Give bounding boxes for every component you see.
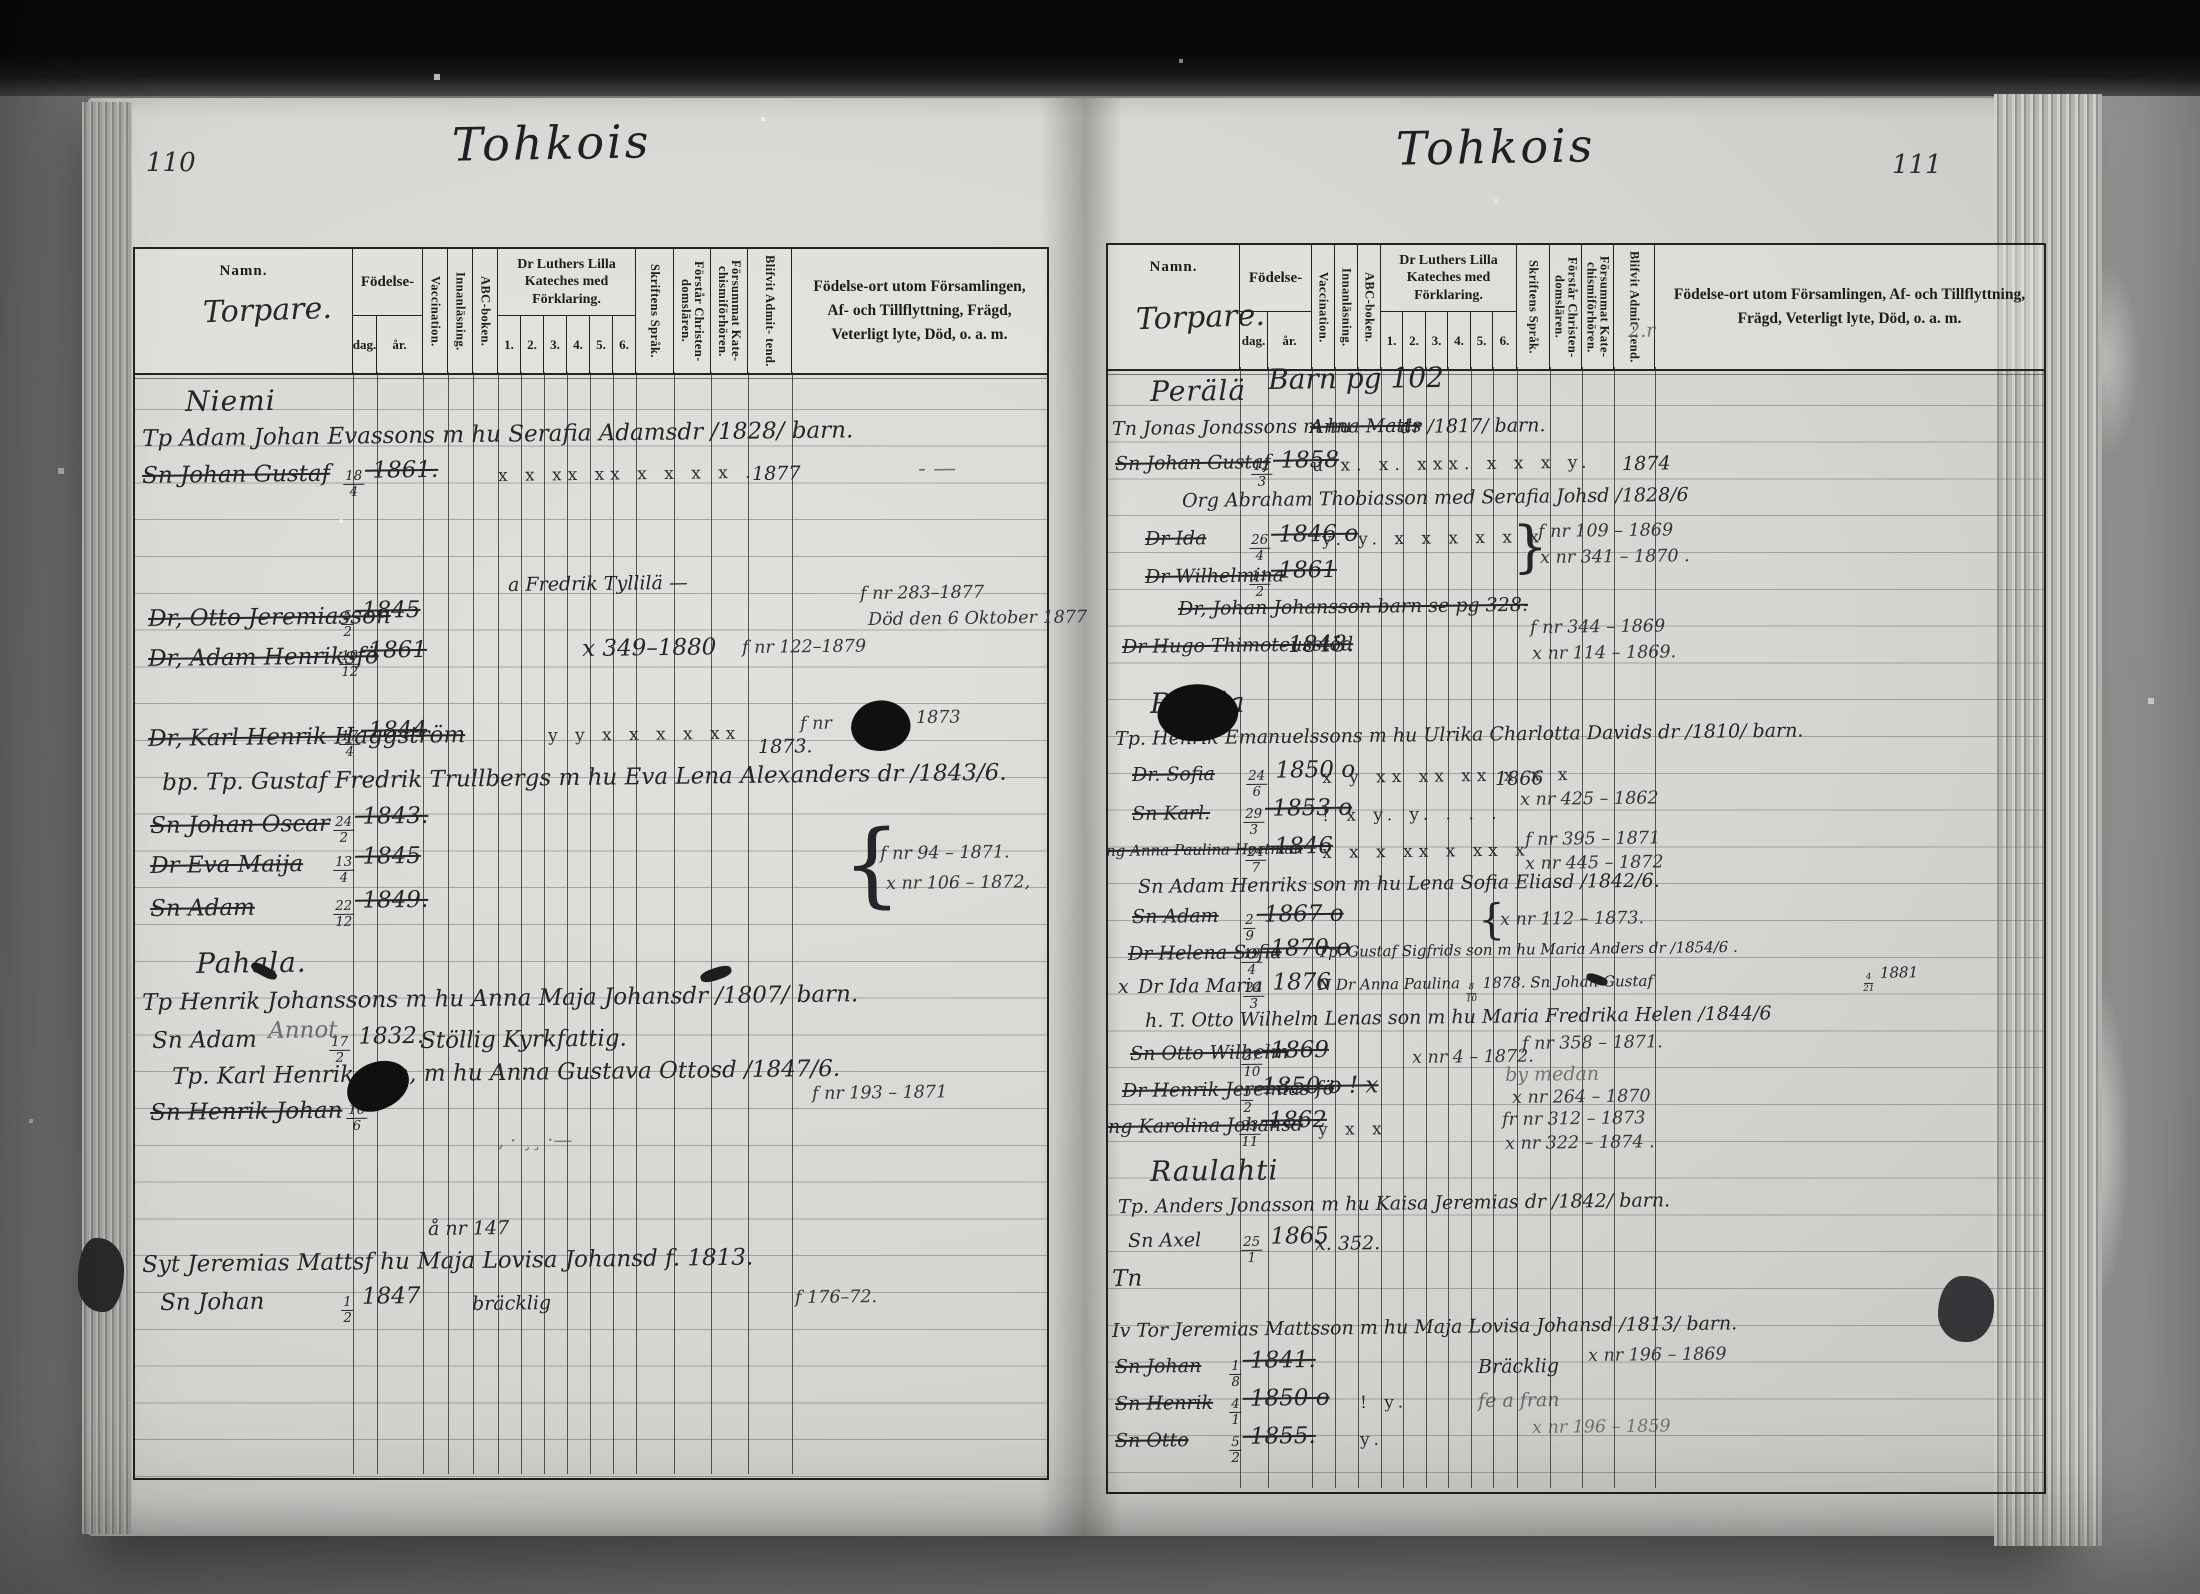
col-header-kateches-6: 6. — [613, 315, 636, 373]
col-header-kateches-1: 1. — [1381, 311, 1403, 369]
col-header-kateches-2: 2. — [521, 315, 544, 373]
col-header-skriftens-sprak: Skriftens Språk. — [1517, 245, 1550, 369]
table-column-rule — [567, 372, 568, 1474]
left-table-body — [135, 373, 1047, 1478]
col-header-kateches-1: 1. — [498, 315, 521, 373]
table-column-rule — [1240, 367, 1241, 1488]
table-column-rule — [1358, 367, 1359, 1488]
col-header-innanlasning: Innanläsning. — [1335, 245, 1358, 369]
right-page-number: 111 — [1892, 150, 1942, 180]
table-column-rule — [613, 372, 614, 1474]
col-header-forstar: Förstår Christen- domslären. — [1550, 245, 1582, 369]
right-occupation-label: Torpare. — [1135, 298, 1265, 337]
table-column-rule — [590, 372, 591, 1474]
table-column-rule — [674, 372, 675, 1474]
col-header-kateches-3: 3. — [1426, 311, 1448, 369]
table-column-rule — [498, 372, 499, 1474]
table-column-rule — [353, 372, 354, 1474]
col-header-kateches-5: 5. — [1471, 311, 1493, 369]
col-header-kateches-4: 4. — [567, 315, 590, 373]
col-header-forsummat: Försummat Kate- chismiförhören. — [711, 249, 748, 373]
table-column-rule — [1268, 367, 1269, 1488]
table-column-rule — [544, 372, 545, 1474]
right-register-table: Namn. Födelse- Vaccination. Innanläsning… — [1106, 243, 2046, 1494]
col-header-forstar: Förstår Christen- domslären. — [674, 249, 711, 373]
col-header-fodelseort: Födelse-ort utom Församlingen, Af- och T… — [1655, 245, 2044, 369]
table-column-rule — [1471, 367, 1472, 1488]
col-header-dag: dag. — [353, 315, 377, 373]
table-column-rule — [1381, 367, 1382, 1488]
right-page-title: Tohkois — [1396, 118, 1596, 175]
table-column-rule — [1655, 367, 1656, 1488]
col-header-abc-boken: ABC-boken. — [1358, 245, 1381, 369]
col-header-kateches-2: 2. — [1403, 311, 1426, 369]
left-register-table: Namn. Födelse- Vaccination. Innanläsning… — [133, 247, 1049, 1480]
ink-blot — [78, 1238, 124, 1312]
table-column-rule — [1312, 367, 1313, 1488]
col-header-kateches: Dr Luthers Lilla Kateches med Förklaring… — [498, 249, 636, 315]
table-column-rule — [1493, 367, 1494, 1488]
col-header-blifvit: Blifvit Admit- tend. — [1614, 245, 1655, 369]
col-header-fodelseort: Födelse-ort utom Församlingen, Af- och T… — [792, 249, 1047, 373]
dust-specks — [0, 0, 2, 2]
table-column-rule — [448, 372, 449, 1474]
left-occupation-label: Torpare. — [202, 291, 332, 330]
col-header-skriftens-sprak: Skriftens Språk. — [636, 249, 674, 373]
table-column-rule — [423, 372, 424, 1474]
col-header-kateches: Dr Luthers Lilla Kateches med Förklaring… — [1381, 245, 1517, 311]
col-header-kateches-4: 4. — [1448, 311, 1471, 369]
col-header-vaccination: Vaccination. — [423, 249, 448, 373]
table-column-rule — [1550, 367, 1551, 1488]
scanner-top-band — [0, 0, 2200, 96]
table-column-rule — [748, 372, 749, 1474]
table-column-rule — [1517, 367, 1518, 1488]
table-column-rule — [711, 372, 712, 1474]
col-header-fodelse: Födelse- — [353, 249, 423, 315]
left-page-stack-edge — [82, 102, 132, 1534]
table-column-rule — [1403, 367, 1404, 1488]
table-column-rule — [473, 372, 474, 1474]
col-header-blifvit: Blifvit Admit- tend. — [748, 249, 792, 373]
col-header-abc-boken: ABC-boken. — [473, 249, 498, 373]
table-column-rule — [377, 372, 378, 1474]
table-column-rule — [1448, 367, 1449, 1488]
left-page-number: 110 — [146, 148, 196, 178]
table-column-rule — [1335, 367, 1336, 1488]
right-table-body — [1108, 369, 2044, 1492]
left-page-title: Tohkois — [452, 114, 652, 171]
col-header-forsummat: Försummat Kate- chismiförhören. — [1582, 245, 1614, 369]
table-column-rule — [636, 372, 637, 1474]
table-column-rule — [1426, 367, 1427, 1488]
ink-blot — [1938, 1276, 1994, 1342]
table-column-rule — [1582, 367, 1583, 1488]
table-column-rule — [792, 372, 793, 1474]
col-header-kateches-6: 6. — [1493, 311, 1517, 369]
col-header-vaccination: Vaccination. — [1312, 245, 1335, 369]
col-header-innanlasning: Innanläsning. — [448, 249, 473, 373]
col-header-kateches-5: 5. — [590, 315, 613, 373]
col-header-kateches-3: 3. — [544, 315, 567, 373]
col-header-ar: år. — [1268, 311, 1312, 369]
scanned-register-spread: { "colors":{"background":"#8d8d8b","top_… — [0, 0, 2200, 1594]
table-column-rule — [521, 372, 522, 1474]
col-header-ar: år. — [377, 315, 423, 373]
table-column-rule — [1614, 367, 1615, 1488]
